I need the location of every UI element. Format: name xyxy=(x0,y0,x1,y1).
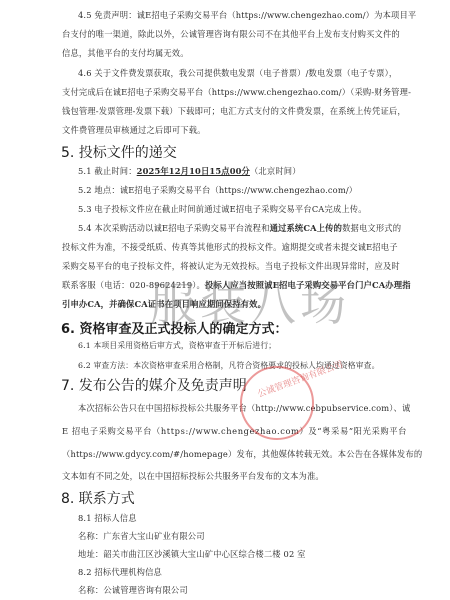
para-5-3: 5.3 电子投标文件应在截止时间前通过诚E招电子采购交易平台CA完成上传。 xyxy=(78,203,367,215)
section-7-heading: 7. 发布公告的媒介及免责声明 xyxy=(61,375,247,395)
para-6-1: 6.1 本项目采用资格后审方式，资格审查于开标后进行； xyxy=(78,340,276,351)
para-5-2: 5.2 地点：诚E招电子采购交易平台（https://www.chengezha… xyxy=(78,184,357,196)
agency-name: 名称：公诚管理咨询有限公司 xyxy=(78,584,188,596)
bold-text: 通过系统CA上传的 xyxy=(270,223,342,233)
para-4-5-line2: 台支付的唯一渠道，除此以外，公诚管理咨询有限公司不在其他平台上发布支付购买文件的 xyxy=(62,28,400,40)
text: 数据电文形式的 xyxy=(342,223,401,233)
section-8-heading: 8. 联系方式 xyxy=(61,488,135,508)
para-4-6-line2: 支付完成后在诚E招电子采购交易平台（https://www.chengezhao… xyxy=(62,86,411,98)
para-7-line3: （https://www.gdycy.com/#/homepage）发布，其他媒… xyxy=(62,448,422,460)
para-7-line4: 文本如有不同之处，以在中国招标投标公共服务平台发布的文本为准。 xyxy=(62,470,324,482)
para-8-2: 8.2 招标代理机构信息 xyxy=(78,566,162,578)
para-4-6-line1: 4.6 关于文件费发票获取，我公司提供数电发票（电子普票）/数电发票（电子专票）… xyxy=(78,67,397,79)
tenderer-name: 名称：广东省大宝山矿业有限公司 xyxy=(78,530,205,542)
deadline-value: 2025年12月10日15点00分 xyxy=(137,166,250,176)
para-4-5-line3: 信息，其他平台的支付均属无效。 xyxy=(62,47,189,59)
watermark: 服装八场 xyxy=(150,268,350,334)
text: 5.4 本次采购活动以诚E招电子采购交易平台流程和 xyxy=(78,223,270,233)
para-5-1: 5.1 截止时间：2025年12月10日15点00分（北京时间） xyxy=(78,165,301,177)
section-5-heading: 5. 投标文件的递交 xyxy=(61,142,177,162)
para-4-5-line1: 4.5 免责声明：诚E招电子采购交易平台（https://www.chengez… xyxy=(78,9,416,21)
deadline-timezone: （北京时间） xyxy=(250,166,301,176)
para-4-6-line4: 文件费管理员审核通过之后即可下载。 xyxy=(62,124,206,136)
para-4-6-line3: 钱包管理-发票管理-发票下载）下载即可；电汇方式支付的文件费发票，在系统上传凭证… xyxy=(62,105,406,117)
para-5-4-line1: 5.4 本次采购活动以诚E招电子采购交易平台流程和通过系统CA上传的数据电文形式… xyxy=(78,222,401,234)
para-5-4-line2: 投标文件为准，不接受纸质、传真等其他形式的投标文件。逾期提交或者未提交诚E招电子 xyxy=(62,241,398,253)
para-8-1: 8.1 招标人信息 xyxy=(78,512,137,524)
deadline-label: 5.1 截止时间： xyxy=(78,166,137,176)
para-7-line2: E 招电子采购交易平台（https://www.chengezhao.com）及… xyxy=(62,425,407,437)
tenderer-address: 地址：韶关市曲江区沙溪镇大宝山矿中心区综合楼二楼 02 室 xyxy=(78,548,306,560)
document-page: 4.5 免责声明：诚E招电子采购交易平台（https://www.chengez… xyxy=(0,0,450,600)
